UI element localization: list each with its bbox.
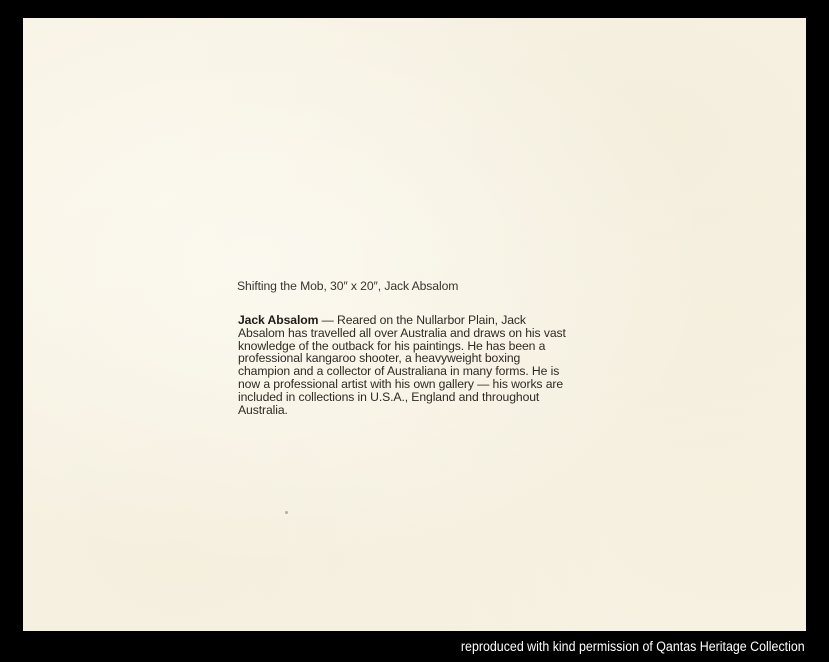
artist-biography: Jack Absalom — Reared on the Nullarbor P… (238, 314, 608, 416)
bio-line: Absalom has travelled all over Australia… (238, 327, 608, 340)
scanned-document-page: Shifting the Mob, 30″ x 20″, Jack Absalo… (23, 18, 806, 631)
bio-line: included in collections in U.S.A., Engla… (238, 391, 608, 404)
bio-line: Australia. (238, 404, 608, 417)
artwork-caption: Shifting the Mob, 30″ x 20″, Jack Absalo… (237, 279, 458, 293)
credit-line: reproduced with kind permission of Qanta… (461, 639, 805, 654)
paper-speck (285, 511, 288, 514)
bio-line: now a professional artist with his own g… (238, 378, 608, 391)
artist-name: Jack Absalom (238, 313, 318, 327)
bio-line: Jack Absalom — Reared on the Nullarbor P… (238, 314, 608, 327)
